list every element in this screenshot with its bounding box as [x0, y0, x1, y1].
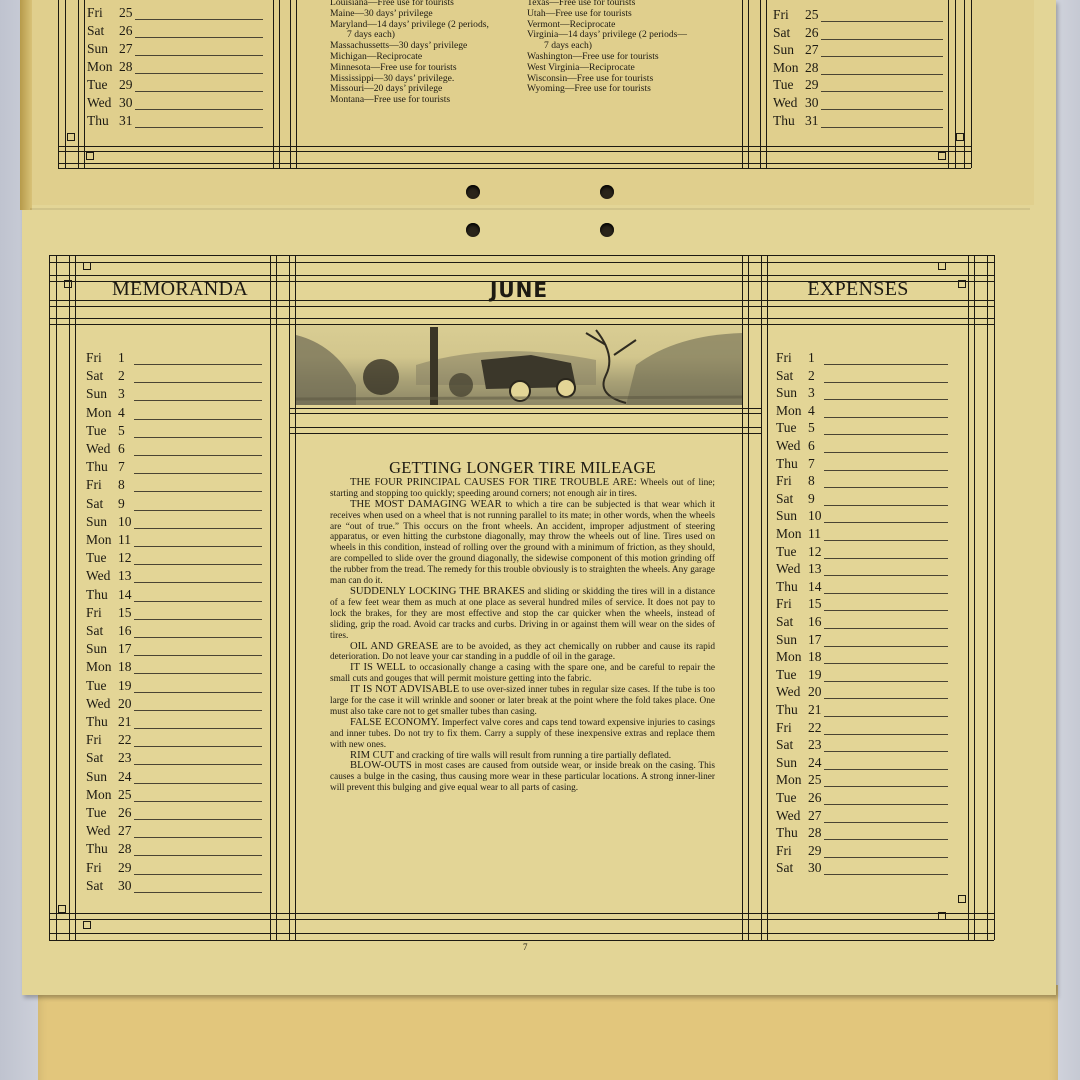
day-row[interactable]: Wed20 — [776, 681, 948, 699]
date: 30 — [118, 879, 132, 893]
date: 7 — [808, 457, 822, 471]
weekday: Fri — [86, 478, 118, 492]
weekday: Fri — [776, 597, 808, 611]
paragraph-lead: RIM CUT — [350, 750, 394, 761]
day-row[interactable]: Sat23 — [86, 747, 262, 765]
entry-line[interactable] — [134, 827, 262, 838]
date: 9 — [808, 492, 822, 506]
day-row[interactable]: Sun27 — [773, 39, 943, 57]
weekday: Sat — [86, 751, 118, 765]
corner-square-ornament — [64, 280, 72, 288]
paragraph-lead: BLOW-OUTS — [350, 760, 412, 771]
day-row[interactable]: Sat9 — [86, 493, 262, 511]
weekday: Fri — [87, 6, 119, 20]
entry-line[interactable] — [134, 627, 262, 638]
day-row[interactable]: Sat30 — [776, 857, 948, 875]
day-row[interactable]: Sun24 — [86, 766, 262, 784]
entry-line[interactable] — [824, 407, 948, 418]
day-row[interactable]: Sat2 — [86, 365, 262, 383]
entry-line[interactable] — [824, 600, 948, 611]
corner-square-ornament — [958, 280, 966, 288]
tire-mileage-article: GETTING LONGER TIRE MILEAGE THE FOUR PRI… — [330, 463, 715, 794]
day-row[interactable]: Thu31 — [87, 110, 263, 128]
binding-hole — [600, 223, 614, 237]
entry-line[interactable] — [134, 682, 262, 693]
entry-line[interactable] — [824, 583, 948, 594]
day-row[interactable]: Fri25 — [773, 4, 943, 22]
date: 29 — [118, 861, 132, 875]
frame-rule — [742, 0, 743, 168]
day-row[interactable]: Mon28 — [773, 57, 943, 75]
frame-rule — [49, 913, 994, 914]
entry-line[interactable] — [821, 81, 943, 92]
month-title: JUNE — [296, 278, 742, 302]
day-row[interactable]: Fri22 — [776, 717, 948, 735]
day-row[interactable]: Mon4 — [776, 400, 948, 418]
page-number: 7 — [523, 942, 528, 952]
frame-rule — [84, 0, 85, 168]
weekday: Sat — [86, 879, 118, 893]
date: 21 — [118, 715, 132, 729]
frame-rule — [78, 0, 79, 168]
weekday: Wed — [776, 809, 808, 823]
date: 29 — [805, 78, 819, 92]
entry-line[interactable] — [134, 845, 262, 856]
corner-square-ornament — [938, 912, 946, 920]
day-row[interactable]: Wed27 — [86, 820, 262, 838]
entry-line[interactable] — [134, 536, 262, 547]
entry-line[interactable] — [824, 812, 948, 823]
frame-rule — [270, 255, 271, 940]
entry-line[interactable] — [821, 46, 943, 57]
day-row[interactable]: Sat23 — [776, 734, 948, 752]
entry-line[interactable] — [134, 864, 262, 875]
date: 25 — [118, 788, 132, 802]
date: 28 — [808, 826, 822, 840]
expenses-title: EXPENSES — [768, 278, 948, 301]
date: 11 — [118, 533, 132, 547]
entry-line[interactable] — [134, 463, 262, 474]
date: 5 — [118, 424, 132, 438]
weekday: Fri — [86, 606, 118, 620]
article-paragraph: THE FOUR PRINCIPAL CAUSES FOR TIRE TROUB… — [330, 478, 715, 500]
binding-hole — [600, 185, 614, 199]
day-row[interactable]: Sat2 — [776, 365, 948, 383]
weekday: Wed — [776, 439, 808, 453]
entry-line[interactable] — [824, 671, 948, 682]
day-row[interactable]: Wed27 — [776, 805, 948, 823]
weekday: Wed — [773, 96, 805, 110]
day-row[interactable]: Sat26 — [87, 20, 263, 38]
paragraph-lead: IT IS WELL — [350, 662, 406, 673]
day-row[interactable]: Wed13 — [86, 565, 262, 583]
entry-line[interactable] — [824, 389, 948, 400]
entry-line[interactable] — [134, 791, 262, 802]
entry-line[interactable] — [824, 460, 948, 471]
frame-rule — [289, 255, 290, 940]
day-row[interactable]: Tue19 — [776, 664, 948, 682]
entry-line[interactable] — [135, 81, 263, 92]
entry-line[interactable] — [824, 618, 948, 629]
day-row[interactable]: Wed6 — [776, 435, 948, 453]
date: 4 — [808, 404, 822, 418]
date: 1 — [118, 351, 132, 365]
day-row[interactable]: Wed30 — [87, 92, 263, 110]
day-row[interactable]: Sat26 — [773, 22, 943, 40]
date: 9 — [118, 497, 132, 511]
underlying-page — [38, 985, 1058, 1080]
memoranda-title: MEMORANDA — [90, 278, 270, 301]
entry-line[interactable] — [134, 372, 262, 383]
day-row[interactable]: Wed20 — [86, 693, 262, 711]
frame-rule — [49, 318, 994, 319]
day-row[interactable]: Mon25 — [86, 784, 262, 802]
corner-square-ornament — [83, 921, 91, 929]
entry-line[interactable] — [134, 700, 262, 711]
frame-rule — [289, 433, 761, 434]
date: 17 — [808, 633, 822, 647]
day-row[interactable]: Thu21 — [86, 711, 262, 729]
page-fold — [30, 208, 1030, 210]
date: 8 — [118, 478, 132, 492]
day-row[interactable]: Thu14 — [776, 576, 948, 594]
weekday: Thu — [86, 715, 118, 729]
day-row[interactable]: Fri8 — [86, 474, 262, 492]
weekday: Mon — [86, 788, 118, 802]
entry-line[interactable] — [135, 117, 263, 128]
weekday: Thu — [776, 457, 808, 471]
date: 30 — [119, 96, 133, 110]
date: 19 — [808, 668, 822, 682]
weekday: Fri — [776, 844, 808, 858]
weekday: Sat — [86, 624, 118, 638]
day-row[interactable]: Fri29 — [86, 857, 262, 875]
day-row[interactable]: Tue12 — [86, 547, 262, 565]
entry-line[interactable] — [821, 117, 943, 128]
date: 29 — [119, 78, 133, 92]
entry-line[interactable] — [134, 500, 262, 511]
entry-line[interactable] — [135, 63, 263, 74]
article-paragraph: SUDDENLY LOCKING THE BRAKES and sliding … — [330, 587, 715, 642]
date: 5 — [808, 421, 822, 435]
date: 12 — [118, 551, 132, 565]
date: 24 — [118, 770, 132, 784]
weekday: Sat — [86, 497, 118, 511]
date: 14 — [118, 588, 132, 602]
day-row[interactable]: Sun27 — [87, 38, 263, 56]
frame-rule — [49, 306, 994, 307]
entry-line[interactable] — [821, 11, 943, 22]
weekday: Mon — [86, 660, 118, 674]
entry-line[interactable] — [134, 390, 262, 401]
weekday: Mon — [87, 60, 119, 74]
day-row[interactable]: Tue5 — [776, 417, 948, 435]
entry-line[interactable] — [135, 9, 263, 20]
entry-line[interactable] — [824, 724, 948, 735]
entry-line[interactable] — [134, 773, 262, 784]
day-row[interactable]: Fri29 — [776, 840, 948, 858]
frame-rule — [748, 0, 749, 168]
entry-line[interactable] — [134, 736, 262, 747]
corner-square-ornament — [58, 905, 66, 913]
date: 22 — [118, 733, 132, 747]
day-row[interactable]: Tue5 — [86, 420, 262, 438]
entry-line[interactable] — [134, 354, 262, 365]
article-body: THE FOUR PRINCIPAL CAUSES FOR TIRE TROUB… — [330, 478, 715, 794]
day-row[interactable]: Mon4 — [86, 402, 262, 420]
frame-rule — [56, 255, 57, 940]
date: 25 — [119, 6, 133, 20]
entry-line[interactable] — [824, 636, 948, 647]
date: 12 — [808, 545, 822, 559]
day-row[interactable]: Thu21 — [776, 699, 948, 717]
day-row[interactable]: Mon25 — [776, 769, 948, 787]
corner-square-ornament — [938, 262, 946, 270]
entry-line[interactable] — [134, 481, 262, 492]
corner-square-ornament — [938, 152, 946, 160]
day-row[interactable]: Wed6 — [86, 438, 262, 456]
day-row[interactable]: Sun17 — [776, 629, 948, 647]
date: 14 — [808, 580, 822, 594]
entry-line[interactable] — [824, 512, 948, 523]
entry-line[interactable] — [134, 609, 262, 620]
paragraph-lead: IT IS NOT ADVISABLE — [350, 684, 459, 695]
weekday: Tue — [86, 551, 118, 565]
frame-rule — [964, 0, 965, 168]
weekday: Wed — [86, 697, 118, 711]
state-law-entry: Wyoming—Free use for tourists — [527, 84, 687, 95]
entry-line[interactable] — [824, 829, 948, 840]
weekday: Fri — [776, 721, 808, 735]
entry-line[interactable] — [821, 99, 943, 110]
date: 31 — [805, 114, 819, 128]
date: 31 — [119, 114, 133, 128]
date: 13 — [118, 569, 132, 583]
date: 27 — [118, 824, 132, 838]
corner-square-ornament — [86, 152, 94, 160]
date: 28 — [805, 61, 819, 75]
entry-line[interactable] — [824, 653, 948, 664]
entry-line[interactable] — [134, 572, 262, 583]
day-row[interactable]: Thu14 — [86, 584, 262, 602]
entry-line[interactable] — [135, 45, 263, 56]
weekday: Wed — [86, 442, 118, 456]
day-row[interactable]: Fri25 — [87, 2, 263, 20]
frame-rule — [49, 255, 994, 256]
entry-line[interactable] — [824, 847, 948, 858]
weekday: Mon — [773, 61, 805, 75]
entry-line[interactable] — [134, 809, 262, 820]
entry-line[interactable] — [824, 759, 948, 770]
weekday: Thu — [776, 703, 808, 717]
weekday: Sun — [776, 756, 808, 770]
day-row[interactable]: Fri1 — [86, 347, 262, 365]
day-row[interactable]: Tue19 — [86, 675, 262, 693]
article-title: GETTING LONGER TIRE MILEAGE — [330, 463, 715, 474]
date: 16 — [808, 615, 822, 629]
weekday: Sun — [86, 642, 118, 656]
weekday: Tue — [776, 791, 808, 805]
weekday: Fri — [86, 733, 118, 747]
date: 3 — [118, 387, 132, 401]
entry-line[interactable] — [134, 427, 262, 438]
entry-line[interactable] — [824, 741, 948, 752]
day-row[interactable]: Fri15 — [776, 593, 948, 611]
frame-rule — [968, 255, 969, 940]
day-row[interactable]: Sat30 — [86, 875, 262, 893]
entry-line[interactable] — [824, 477, 948, 488]
paragraph-lead: SUDDENLY LOCKING THE BRAKES — [350, 586, 525, 597]
paragraph-lead: FALSE ECONOMY. — [350, 717, 439, 728]
entry-line[interactable] — [824, 565, 948, 576]
day-row[interactable]: Wed13 — [776, 558, 948, 576]
weekday: Fri — [773, 8, 805, 22]
entry-line[interactable] — [134, 718, 262, 729]
entry-line[interactable] — [134, 554, 262, 565]
entry-line[interactable] — [824, 442, 948, 453]
day-row[interactable]: Sun17 — [86, 638, 262, 656]
frame-rule — [58, 168, 971, 169]
corner-square-ornament — [83, 262, 91, 270]
date: 6 — [118, 442, 132, 456]
entry-line[interactable] — [824, 372, 948, 383]
entry-line[interactable] — [134, 882, 262, 893]
day-row[interactable]: Sat16 — [776, 611, 948, 629]
date: 2 — [808, 369, 822, 383]
day-row[interactable]: Fri8 — [776, 470, 948, 488]
weekday: Sat — [776, 615, 808, 629]
entry-line[interactable] — [134, 409, 262, 420]
entry-line[interactable] — [134, 518, 262, 529]
day-row[interactable]: Mon28 — [87, 56, 263, 74]
paragraph-lead: OIL AND GREASE — [350, 641, 438, 652]
entry-line[interactable] — [134, 645, 262, 656]
corner-square-ornament — [956, 133, 964, 141]
weekday: Thu — [776, 580, 808, 594]
weekday: Fri — [776, 351, 808, 365]
entry-line[interactable] — [824, 530, 948, 541]
weekday: Mon — [776, 773, 808, 787]
day-row[interactable]: Wed30 — [773, 92, 943, 110]
date: 7 — [118, 460, 132, 474]
day-row[interactable]: Thu7 — [776, 453, 948, 471]
date: 1 — [808, 351, 822, 365]
state-laws-right: Texas—Free use for touristsUtah—Free use… — [527, 0, 687, 95]
frame-rule — [767, 255, 768, 940]
frame-rule — [742, 255, 743, 940]
paragraph-lead: THE FOUR PRINCIPAL CAUSES FOR TIRE TROUB… — [350, 477, 637, 488]
weekday: Mon — [776, 404, 808, 418]
weekday: Sat — [773, 26, 805, 40]
entry-line[interactable] — [134, 445, 262, 456]
entry-line[interactable] — [135, 27, 263, 38]
date: 23 — [808, 738, 822, 752]
day-row[interactable]: Thu28 — [776, 822, 948, 840]
day-row[interactable]: Sun10 — [86, 511, 262, 529]
day-row[interactable]: Mon11 — [776, 523, 948, 541]
frame-rule — [987, 255, 988, 940]
day-row[interactable]: Fri22 — [86, 729, 262, 747]
entry-line[interactable] — [821, 64, 943, 75]
weekday: Wed — [776, 562, 808, 576]
date: 25 — [808, 773, 822, 787]
frame-rule — [760, 0, 761, 168]
article-paragraph: OIL AND GREASE are to be avoided, as the… — [330, 642, 715, 664]
weekday: Mon — [86, 406, 118, 420]
entry-line[interactable] — [824, 706, 948, 717]
weekday: Mon — [776, 650, 808, 664]
date: 4 — [118, 406, 132, 420]
day-row[interactable]: Tue26 — [776, 787, 948, 805]
frame-rule — [971, 0, 972, 168]
day-row[interactable]: Mon18 — [86, 656, 262, 674]
entry-line[interactable] — [824, 688, 948, 699]
entry-line[interactable] — [134, 591, 262, 602]
day-row[interactable]: Mon18 — [776, 646, 948, 664]
entry-line[interactable] — [824, 354, 948, 365]
day-row[interactable]: Mon11 — [86, 529, 262, 547]
weekday: Tue — [86, 806, 118, 820]
car-illustration — [296, 325, 742, 405]
entry-line[interactable] — [824, 776, 948, 787]
frame-rule — [58, 146, 971, 147]
frame-rule — [289, 427, 761, 428]
binding-hole — [466, 223, 480, 237]
weekday: Wed — [776, 685, 808, 699]
day-row[interactable]: Sun3 — [776, 382, 948, 400]
entry-line[interactable] — [824, 548, 948, 559]
day-row[interactable]: Thu7 — [86, 456, 262, 474]
frame-rule — [974, 255, 975, 940]
entry-line[interactable] — [821, 29, 943, 40]
date: 19 — [118, 679, 132, 693]
date: 28 — [118, 842, 132, 856]
day-row[interactable]: Fri1 — [776, 347, 948, 365]
date: 11 — [808, 527, 822, 541]
date: 10 — [808, 509, 822, 523]
day-row[interactable]: Tue12 — [776, 541, 948, 559]
day-row[interactable]: Sat16 — [86, 620, 262, 638]
date: 18 — [808, 650, 822, 664]
date: 6 — [808, 439, 822, 453]
day-row[interactable]: Thu28 — [86, 838, 262, 856]
entry-line[interactable] — [824, 794, 948, 805]
day-row[interactable]: Sun3 — [86, 383, 262, 401]
day-row[interactable]: Sun10 — [776, 505, 948, 523]
day-row[interactable]: Fri15 — [86, 602, 262, 620]
day-row[interactable]: Tue29 — [773, 74, 943, 92]
weekday: Thu — [86, 588, 118, 602]
date: 28 — [119, 60, 133, 74]
weekday: Fri — [86, 861, 118, 875]
date: 13 — [808, 562, 822, 576]
day-row[interactable]: Sun24 — [776, 752, 948, 770]
entry-line[interactable] — [824, 864, 948, 875]
frame-rule — [58, 151, 971, 152]
state-law-entry: Montana—Free use for tourists — [330, 95, 489, 106]
entry-line[interactable] — [824, 495, 948, 506]
entry-line[interactable] — [135, 99, 263, 110]
day-row[interactable]: Tue29 — [87, 74, 263, 92]
entry-line[interactable] — [824, 424, 948, 435]
frame-rule — [955, 0, 956, 168]
entry-line[interactable] — [134, 754, 262, 765]
weekday: Sat — [776, 369, 808, 383]
day-row[interactable]: Thu31 — [773, 110, 943, 128]
day-row[interactable]: Sat9 — [776, 488, 948, 506]
day-row[interactable]: Tue26 — [86, 802, 262, 820]
entry-line[interactable] — [134, 663, 262, 674]
